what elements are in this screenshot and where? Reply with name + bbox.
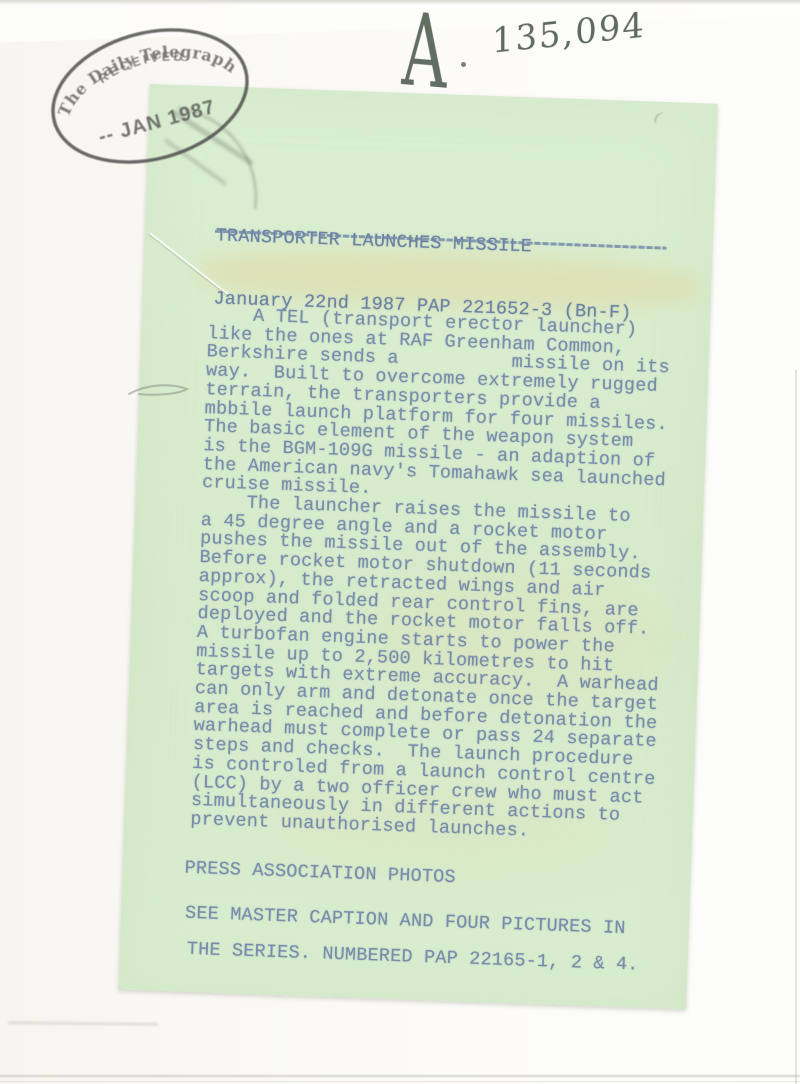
footer-series-numbers: THE SERIES. NUMBERED PAP 22165-1, 2 & 4. bbox=[186, 939, 639, 976]
handwritten-letter: A bbox=[401, 0, 449, 104]
caption-paragraph-2: The launcher raises the missile to a 45 … bbox=[190, 493, 665, 846]
scanned-press-caption-page: TRANSPORTER LAUNCHES MISSILE January 22n… bbox=[0, 0, 800, 1084]
backing-right-edge bbox=[795, 370, 797, 1084]
backing-bottom-edge bbox=[0, 1075, 800, 1077]
backing-bottom-smudge bbox=[8, 1021, 158, 1026]
handwritten-period-dot bbox=[461, 62, 466, 67]
pencil-tick-mark bbox=[125, 372, 197, 404]
footer-see-master-caption: SEE MASTER CAPTION AND FOUR PICTURES IN bbox=[185, 903, 626, 939]
backing-bottom-edge-2 bbox=[0, 1081, 800, 1082]
backing-top-edge bbox=[0, 0, 800, 5]
paper-speck bbox=[653, 110, 670, 128]
caption-body: A TEL (transport erector launcher) like … bbox=[190, 306, 671, 846]
caption-paragraph-1: A TEL (transport erector launcher) like … bbox=[202, 306, 672, 509]
received-date-stamp: The Daily Telegraph RECEIVED -- JAN 1987 bbox=[38, 16, 268, 186]
stamp-date-text: -- JAN 1987 bbox=[96, 96, 218, 148]
